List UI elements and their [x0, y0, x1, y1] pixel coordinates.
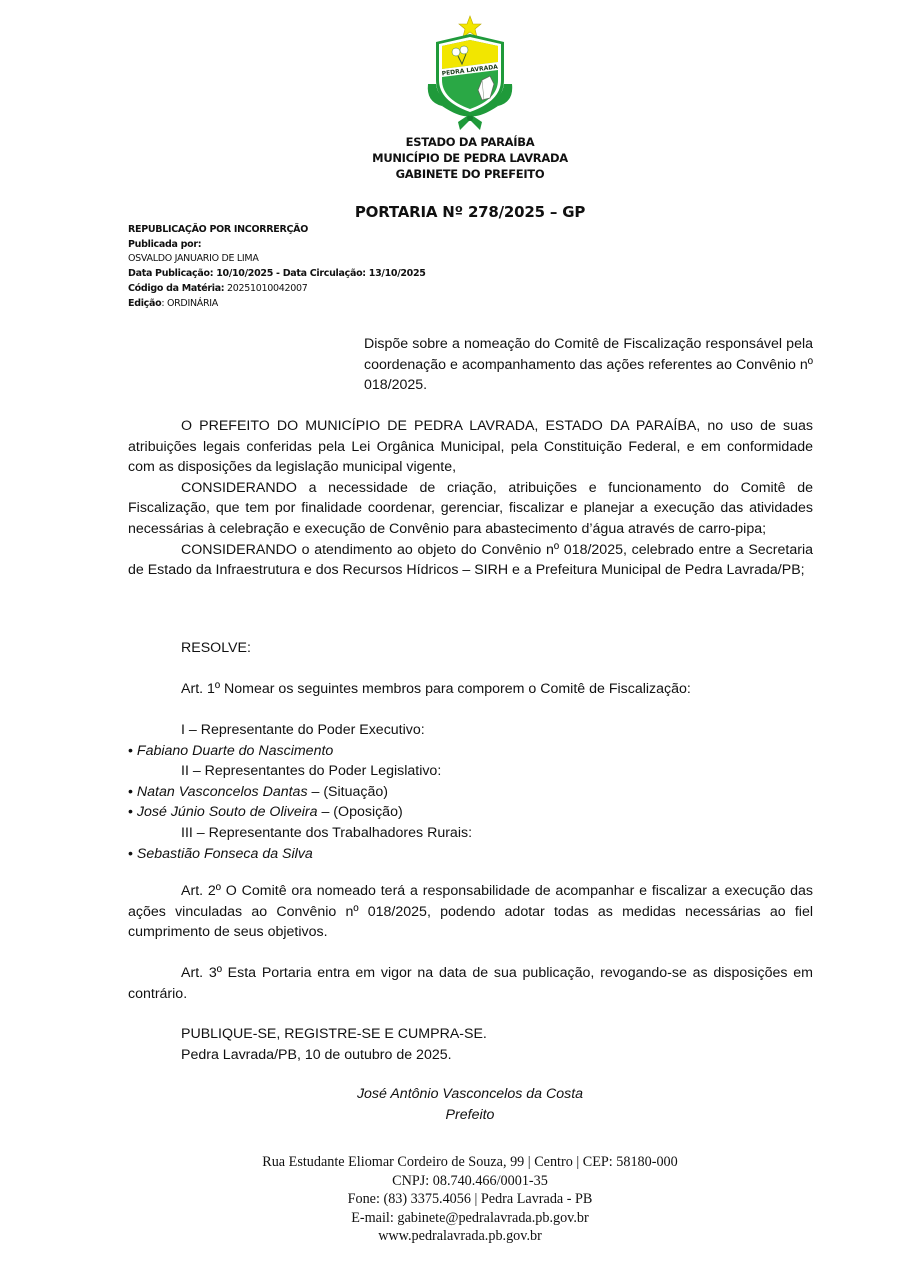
publication-metadata: REPUBLICAÇÃO POR INCORRERÇÃO Publicada p… — [128, 223, 426, 311]
code-label: Código da Matéria: — [128, 283, 224, 294]
member-item: • Fabiano Duarte do Nascimento — [128, 741, 813, 762]
signature-block: José Antônio Vasconcelos da Costa Prefei… — [280, 1084, 660, 1125]
document-footer: Rua Estudante Eliomar Cordeiro de Souza,… — [0, 1153, 900, 1246]
signatory-name: José Antônio Vasconcelos da Costa — [280, 1084, 660, 1105]
preamble: O PREFEITO DO MUNICÍPIO DE PEDRA LAVRADA… — [128, 416, 813, 478]
resolve: RESOLVE: — [128, 638, 813, 659]
footer-address: Rua Estudante Eliomar Cordeiro de Souza,… — [0, 1153, 900, 1172]
committee-members: I – Representante do Poder Executivo: • … — [128, 720, 813, 864]
resolve-text: RESOLVE: — [128, 638, 813, 659]
article-2-text: Art. 2º O Comitê ora nomeado terá a resp… — [128, 881, 813, 943]
member-item: • Natan Vasconcelos Dantas – (Situação) — [128, 782, 813, 803]
signatory-role: Prefeito — [280, 1105, 660, 1126]
closing-place-date: Pedra Lavrada/PB, 10 de outubro de 2025. — [181, 1045, 781, 1066]
ementa: Dispõe sobre a nomeação do Comitê de Fis… — [364, 334, 813, 396]
footer-phone: Fone: (83) 3375.4056 | Pedra Lavrada - P… — [0, 1190, 900, 1209]
code-value: 20251010042007 — [224, 283, 307, 294]
article-1-text: Art. 1º Nomear os seguintes membros para… — [128, 679, 813, 700]
considerando-2: CONSIDERANDO o atendimento ao objeto do … — [128, 540, 813, 581]
document-title: PORTARIA Nº 278/2025 – GP — [0, 203, 900, 221]
article-3: Art. 3º Esta Portaria entra em vigor na … — [128, 963, 813, 1004]
star-icon — [459, 16, 481, 37]
member-item: • José Júnio Souto de Oliveira – (Oposiç… — [128, 802, 813, 823]
document-header: ESTADO DA PARAÍBA MUNICÍPIO DE PEDRA LAV… — [0, 134, 900, 182]
closing-order: PUBLIQUE-SE, REGISTRE-SE E CUMPRA-SE. — [181, 1024, 781, 1045]
footer-email[interactable]: E-mail: gabinete@pedralavrada.pb.gov.br — [0, 1209, 900, 1228]
member-item: • Sebastião Fonseca da Silva — [128, 844, 813, 865]
article-1: Art. 1º Nomear os seguintes membros para… — [128, 679, 813, 700]
header-state: ESTADO DA PARAÍBA — [0, 134, 900, 150]
article-3-text: Art. 3º Esta Portaria entra em vigor na … — [128, 963, 813, 1004]
edition-label: Edição — [128, 298, 161, 309]
considerando-1: CONSIDERANDO a necessidade de criação, a… — [128, 478, 813, 540]
publication-dates: Data Publicação: 10/10/2025 - Data Circu… — [128, 268, 426, 279]
published-by-label: Publicada por: — [128, 239, 201, 250]
edition-value: : ORDINÁRIA — [161, 298, 218, 309]
group-heading-legislative: II – Representantes do Poder Legislativo… — [128, 761, 813, 782]
republication-notice: REPUBLICAÇÃO POR INCORRERÇÃO — [128, 224, 308, 235]
footer-website[interactable]: www.pedralavrada.pb.gov.br — [0, 1227, 900, 1246]
article-2: Art. 2º O Comitê ora nomeado terá a resp… — [128, 881, 813, 943]
footer-cnpj: CNPJ: 08.740.466/0001-35 — [0, 1172, 900, 1191]
header-office: GABINETE DO PREFEITO — [0, 166, 900, 182]
municipal-crest-logo: PEDRA LAVRADA — [420, 14, 520, 132]
group-heading-executive: I – Representante do Poder Executivo: — [128, 720, 813, 741]
group-heading-rural-workers: III – Representante dos Trabalhadores Ru… — [128, 823, 813, 844]
header-municipality: MUNICÍPIO DE PEDRA LAVRADA — [0, 150, 900, 166]
closing: PUBLIQUE-SE, REGISTRE-SE E CUMPRA-SE. Pe… — [181, 1024, 781, 1065]
preamble-section: O PREFEITO DO MUNICÍPIO DE PEDRA LAVRADA… — [128, 416, 813, 581]
published-by: OSVALDO JANUARIO DE LIMA — [128, 252, 426, 267]
